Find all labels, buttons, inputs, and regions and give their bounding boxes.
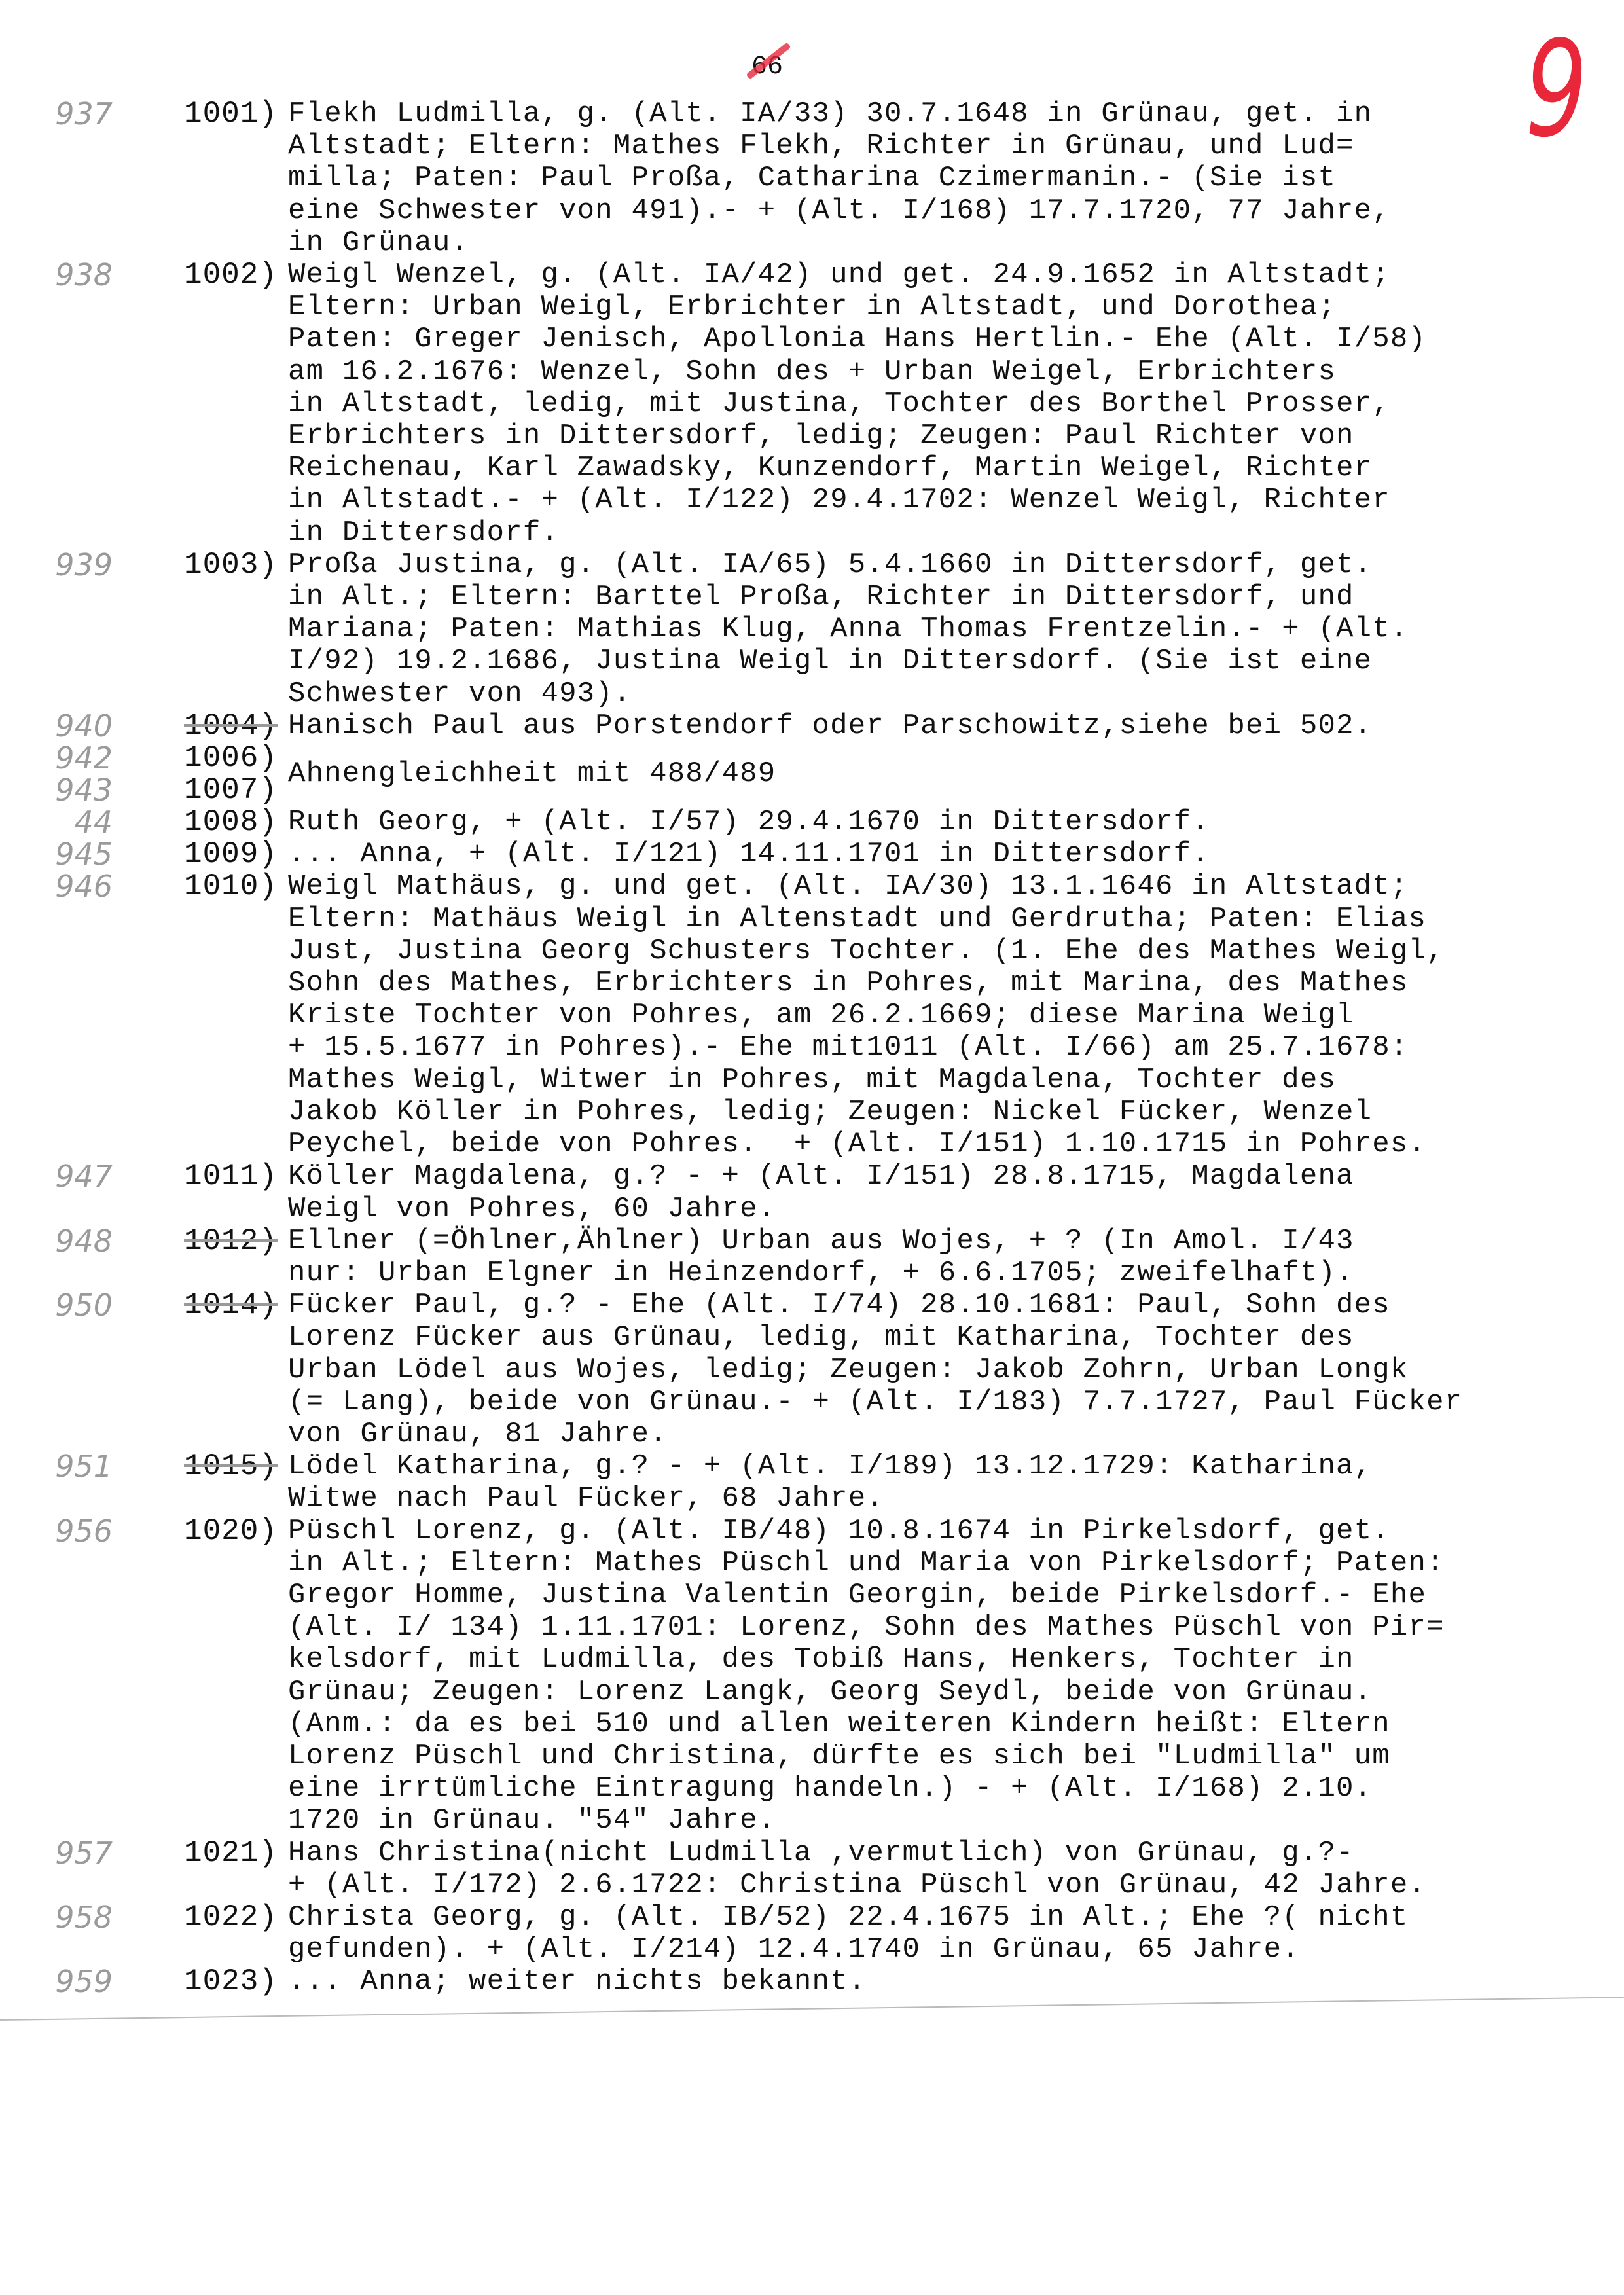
pencil-margin-number: 956 (0, 1515, 118, 1547)
entry-text-line: in Dittersdorf. (288, 517, 1519, 549)
genealogy-entry: 9481012)Ellner (=Öhlner,Ählner) Urban au… (0, 1225, 1624, 1290)
entry-text: Weigl Wenzel, g. (Alt. IA/42) und get. 2… (288, 259, 1519, 549)
entry-number: 1022) (118, 1902, 288, 1934)
entry-text-line: Fücker Paul, g.? - Ehe (Alt. I/74) 28.10… (288, 1290, 1519, 1322)
genealogy-entry: 9381002)Weigl Wenzel, g. (Alt. IA/42) un… (0, 259, 1624, 549)
entry-text-line: Reichenau, Karl Zawadsky, Kunzendorf, Ma… (288, 452, 1519, 484)
genealogy-entry: 9571021)Hans Christina(nicht Ludmilla ,v… (0, 1837, 1624, 1902)
entry-text-line: Jakob Köller in Pohres, ledig; Zeugen: N… (288, 1096, 1519, 1129)
entry-number: 1020) (118, 1515, 288, 1547)
entry-number: 1012) (118, 1225, 288, 1257)
entry-text: Hanisch Paul aus Porstendorf oder Parsch… (288, 710, 1519, 742)
entry-text-line: Ellner (=Öhlner,Ählner) Urban aus Wojes,… (288, 1225, 1519, 1257)
entry-number: 1007) (118, 774, 288, 806)
entry-text-line: gefunden). + (Alt. I/214) 12.4.1740 in G… (288, 1934, 1519, 1966)
entry-text: Köller Magdalena, g.? - + (Alt. I/151) 2… (288, 1161, 1519, 1225)
entry-text-line: 1720 in Grünau. "54" Jahre. (288, 1805, 1519, 1837)
entry-number: 1002) (118, 259, 288, 291)
entry-text: Ruth Georg, + (Alt. I/57) 29.4.1670 in D… (288, 806, 1519, 839)
entry-text-line: Paten: Greger Jenisch, Apollonia Hans He… (288, 323, 1519, 355)
entry-text-line: eine Schwester von 491).- + (Alt. I/168)… (288, 195, 1519, 227)
entry-text: Püschl Lorenz, g. (Alt. IB/48) 10.8.1674… (288, 1515, 1519, 1837)
genealogy-entry: 9501014)Fücker Paul, g.? - Ehe (Alt. I/7… (0, 1290, 1624, 1451)
genealogy-entry: 9561020)Püschl Lorenz, g. (Alt. IB/48) 1… (0, 1515, 1624, 1837)
pencil-margin-number: 943 (0, 774, 118, 806)
genealogy-entry: 9471011)Köller Magdalena, g.? - + (Alt. … (0, 1161, 1624, 1225)
genealogy-entry: 9371001)Flekh Ludmilla, g. (Alt. IA/33) … (0, 98, 1624, 259)
pencil-margin-number: 958 (0, 1902, 118, 1934)
entry-number: 1011) (118, 1161, 288, 1193)
pencil-margin-number: 940 (0, 710, 118, 742)
entry-number: 1006) (118, 742, 288, 774)
entry-text-line: in Alt.; Eltern: Barttel Proßa, Richter … (288, 581, 1519, 613)
entry-text-line: in Grünau. (288, 227, 1519, 259)
entry-text-line: ... Anna, + (Alt. I/121) 14.11.1701 in D… (288, 839, 1519, 871)
pencil-margin-number: 957 (0, 1837, 118, 1870)
pencil-margin-number: 959 (0, 1966, 118, 1998)
entry-text-line: milla; Paten: Paul Proßa, Catharina Czim… (288, 162, 1519, 194)
entry-text-line: (= Lang), beide von Grünau.- + (Alt. I/1… (288, 1386, 1519, 1419)
pencil-margin-number: 939 (0, 549, 118, 581)
entry-text-line: + (Alt. I/172) 2.6.1722: Christina Püsch… (288, 1870, 1519, 1902)
entry-number-group: 9421006)9431007) (0, 742, 288, 806)
entry-number: 1010) (118, 871, 288, 903)
entry-text-line: ... Anna; weiter nichts bekannt. (288, 1966, 1519, 1998)
entry-text: Christa Georg, g. (Alt. IB/52) 22.4.1675… (288, 1902, 1519, 1966)
entry-text-line: Ahnengleichheit mit 488/489 (288, 758, 1519, 790)
entry-text: Flekh Ludmilla, g. (Alt. IA/33) 30.7.164… (288, 98, 1519, 259)
entry-number: 1003) (118, 549, 288, 581)
entry-text-line: kelsdorf, mit Ludmilla, des Tobiß Hans, … (288, 1644, 1519, 1676)
entry-text-line: Sohn des Mathes, Erbrichters in Pohres, … (288, 967, 1519, 1000)
pencil-margin-number: 945 (0, 839, 118, 871)
pencil-margin-number: 950 (0, 1290, 118, 1322)
entry-text-line: Witwe nach Paul Fücker, 68 Jahre. (288, 1483, 1519, 1515)
entry-text: Lödel Katharina, g.? - + (Alt. I/189) 13… (288, 1451, 1519, 1515)
entry-text: Fücker Paul, g.? - Ehe (Alt. I/74) 28.10… (288, 1290, 1519, 1451)
entry-text-line: eine irrtümliche Eintragung handeln.) - … (288, 1773, 1519, 1805)
genealogy-entry: 9461010)Weigl Mathäus, g. und get. (Alt.… (0, 871, 1624, 1161)
entry-text-line: Weigl Wenzel, g. (Alt. IA/42) und get. 2… (288, 259, 1519, 291)
entry-text-line: (Anm.: da es bei 510 und allen weiteren … (288, 1708, 1519, 1741)
entry-text-line: Lorenz Fücker aus Grünau, ledig, mit Kat… (288, 1322, 1519, 1354)
entry-text-line: Grünau; Zeugen: Lorenz Langk, Georg Seyd… (288, 1676, 1519, 1708)
entry-text-line: Hans Christina(nicht Ludmilla ,vermutlic… (288, 1837, 1519, 1870)
entry-text-line: Lödel Katharina, g.? - + (Alt. I/189) 13… (288, 1451, 1519, 1483)
entry-text: Ahnengleichheit mit 488/489 (288, 758, 1519, 790)
entry-number: 1015) (118, 1451, 288, 1483)
entry-text-line: Köller Magdalena, g.? - + (Alt. I/151) 2… (288, 1161, 1519, 1193)
entry-number: 1014) (118, 1290, 288, 1322)
genealogy-entry: 441008)Ruth Georg, + (Alt. I/57) 29.4.16… (0, 806, 1624, 839)
entry-text: ... Anna, + (Alt. I/121) 14.11.1701 in D… (288, 839, 1519, 871)
entry-text-line: Erbrichters in Dittersdorf, ledig; Zeuge… (288, 420, 1519, 452)
entry-text-line: Altstadt; Eltern: Mathes Flekh, Richter … (288, 130, 1519, 162)
entry-number: 1004) (118, 710, 288, 742)
genealogy-entry: 9581022)Christa Georg, g. (Alt. IB/52) 2… (0, 1902, 1624, 1966)
entry-text-line: Flekh Ludmilla, g. (Alt. IA/33) 30.7.164… (288, 98, 1519, 130)
entry-text-line: nur: Urban Elgner in Heinzendorf, + 6.6.… (288, 1257, 1519, 1290)
entry-text-line: Hanisch Paul aus Porstendorf oder Parsch… (288, 710, 1519, 742)
entry-number: 1023) (118, 1966, 288, 1998)
entry-text: ... Anna; weiter nichts bekannt. (288, 1966, 1519, 1998)
entry-number: 1001) (118, 98, 288, 130)
entry-number: 1009) (118, 839, 288, 871)
entry-text-line: Püschl Lorenz, g. (Alt. IB/48) 10.8.1674… (288, 1515, 1519, 1547)
entry-text-line: Lorenz Püschl und Christina, dürfte es s… (288, 1741, 1519, 1773)
genealogy-entry: 9591023)... Anna; weiter nichts bekannt. (0, 1966, 1624, 1998)
entry-text-line: Kriste Tochter von Pohres, am 26.2.1669;… (288, 1000, 1519, 1032)
pencil-margin-number: 942 (0, 742, 118, 774)
pencil-margin-number: 951 (0, 1451, 118, 1483)
entry-text-line: Mathes Weigl, Witwer in Pohres, mit Magd… (288, 1064, 1519, 1096)
paper-edge (0, 1997, 1624, 2026)
entry-text: Proßa Justina, g. (Alt. IA/65) 5.4.1660 … (288, 549, 1519, 710)
pencil-margin-number: 948 (0, 1225, 118, 1257)
entry-text-line: Schwester von 493). (288, 678, 1519, 710)
pencil-margin-number: 937 (0, 98, 118, 130)
entry-text: Weigl Mathäus, g. und get. (Alt. IA/30) … (288, 871, 1519, 1161)
entry-text-line: (Alt. I/ 134) 1.11.1701: Lorenz, Sohn de… (288, 1612, 1519, 1644)
entry-text-line: in Altstadt, ledig, mit Justina, Tochter… (288, 388, 1519, 420)
pencil-margin-number: 947 (0, 1161, 118, 1193)
genealogy-entries-list: 9371001)Flekh Ludmilla, g. (Alt. IA/33) … (0, 98, 1624, 1998)
pencil-margin-number: 44 (0, 806, 118, 839)
entry-text-line: Eltern: Mathäus Weigl in Altenstadt und … (288, 903, 1519, 935)
genealogy-entry: 9451009)... Anna, + (Alt. I/121) 14.11.1… (0, 839, 1624, 871)
entry-text-line: Just, Justina Georg Schusters Tochter. (… (288, 935, 1519, 967)
entry-text-line: Urban Lödel aus Wojes, ledig; Zeugen: Ja… (288, 1354, 1519, 1386)
entry-text-line: in Altstadt.- + (Alt. I/122) 29.4.1702: … (288, 484, 1519, 516)
entry-text-line: Mariana; Paten: Mathias Klug, Anna Thoma… (288, 613, 1519, 645)
genealogy-entry: 9391003)Proßa Justina, g. (Alt. IA/65) 5… (0, 549, 1624, 710)
entry-text-line: Christa Georg, g. (Alt. IB/52) 22.4.1675… (288, 1902, 1519, 1934)
entry-text-line: am 16.2.1676: Wenzel, Sohn des + Urban W… (288, 356, 1519, 388)
entry-text-line: I/92) 19.2.1686, Justina Weigl in Ditter… (288, 645, 1519, 678)
typed-page-number: 66 (751, 52, 783, 82)
entry-text-line: Eltern: Urban Weigl, Erbrichter in Altst… (288, 291, 1519, 323)
entry-text: Ellner (=Öhlner,Ählner) Urban aus Wojes,… (288, 1225, 1519, 1290)
entry-text-line: Gregor Homme, Justina Valentin Georgin, … (288, 1580, 1519, 1612)
entry-text-line: von Grünau, 81 Jahre. (288, 1419, 1519, 1451)
entry-text-line: Ruth Georg, + (Alt. I/57) 29.4.1670 in D… (288, 806, 1519, 839)
genealogy-entry: 9421006)9431007)Ahnengleichheit mit 488/… (0, 742, 1624, 806)
entry-text-line: Proßa Justina, g. (Alt. IA/65) 5.4.1660 … (288, 549, 1519, 581)
entry-text: Hans Christina(nicht Ludmilla ,vermutlic… (288, 1837, 1519, 1902)
entry-text-line: Peychel, beide von Pohres. + (Alt. I/151… (288, 1129, 1519, 1161)
genealogy-entry: 9511015)Lödel Katharina, g.? - + (Alt. I… (0, 1451, 1624, 1515)
genealogy-entry: 9401004)Hanisch Paul aus Porstendorf ode… (0, 710, 1624, 742)
entry-text-line: Weigl Mathäus, g. und get. (Alt. IA/30) … (288, 871, 1519, 903)
entry-text-line: + 15.5.1677 in Pohres).- Ehe mit1011 (Al… (288, 1032, 1519, 1064)
pencil-margin-number: 946 (0, 871, 118, 903)
entry-text-line: Weigl von Pohres, 60 Jahre. (288, 1193, 1519, 1225)
entry-number: 1021) (118, 1837, 288, 1870)
entry-text-line: in Alt.; Eltern: Mathes Püschl und Maria… (288, 1547, 1519, 1580)
entry-number: 1008) (118, 806, 288, 839)
pencil-margin-number: 938 (0, 259, 118, 291)
